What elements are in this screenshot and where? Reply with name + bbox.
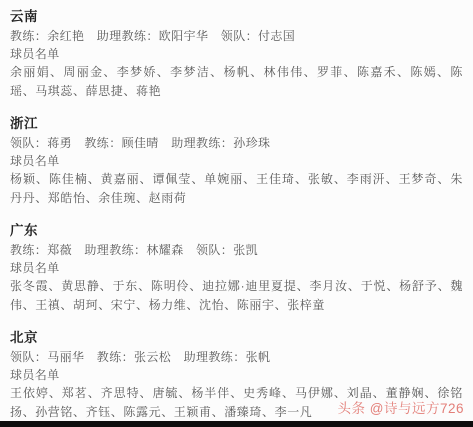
player-list: 张冬霞、黄思静、于东、陈明伶、迪拉娜·迪里夏提、李月汝、于悦、杨舒予、魏伟、王禛… xyxy=(10,277,463,314)
player-list: 余丽娟、周丽金、李梦娇、李梦洁、杨帆、林伟伟、罗菲、陈嘉禾、陈嫣、陈瑶、马琪蕊、… xyxy=(10,63,463,100)
team-staff-line: 教练：余红艳 助理教练：欧阳宇华 领队：付志国 xyxy=(10,27,463,45)
team-staff-line: 教练：郑薇 助理教练：林耀森 领队：张凯 xyxy=(10,241,463,259)
team-title: 广东 xyxy=(10,220,463,241)
team-staff-line: 领队：蒋勇 教练：顾佳晴 助理教练：孙珍珠 xyxy=(10,134,463,152)
team-staff-line: 领队：马丽华 教练：张云松 助理教练：张帆 xyxy=(10,348,463,366)
roster-label: 球员名单 xyxy=(10,152,463,170)
team-title: 云南 xyxy=(10,6,463,27)
roster-label: 球员名单 xyxy=(10,366,463,384)
toutiao-watermark: 头条 @诗与远方726 xyxy=(338,397,464,417)
team-title: 北京 xyxy=(10,327,463,348)
team-section-zhejiang: 浙江 领队：蒋勇 教练：顾佳晴 助理教练：孙珍珠 球员名单 杨颖、陈佳楠、黄嘉丽… xyxy=(10,113,463,207)
team-section-yunnan: 云南 教练：余红艳 助理教练：欧阳宇华 领队：付志国 球员名单 余丽娟、周丽金、… xyxy=(10,6,463,100)
roster-label: 球员名单 xyxy=(10,45,463,63)
roster-label: 球员名单 xyxy=(10,259,463,277)
bottom-bar xyxy=(0,421,473,427)
team-title: 浙江 xyxy=(10,113,463,134)
player-list: 杨颖、陈佳楠、黄嘉丽、谭佩莹、单婉丽、王佳琦、张敏、李雨汧、王梦奇、朱丹丹、郑皓… xyxy=(10,170,463,207)
team-section-guangdong: 广东 教练：郑薇 助理教练：林耀森 领队：张凯 球员名单 张冬霞、黄思静、于东、… xyxy=(10,220,463,314)
roster-article-page: 云南 教练：余红艳 助理教练：欧阳宇华 领队：付志国 球员名单 余丽娟、周丽金、… xyxy=(0,0,473,427)
